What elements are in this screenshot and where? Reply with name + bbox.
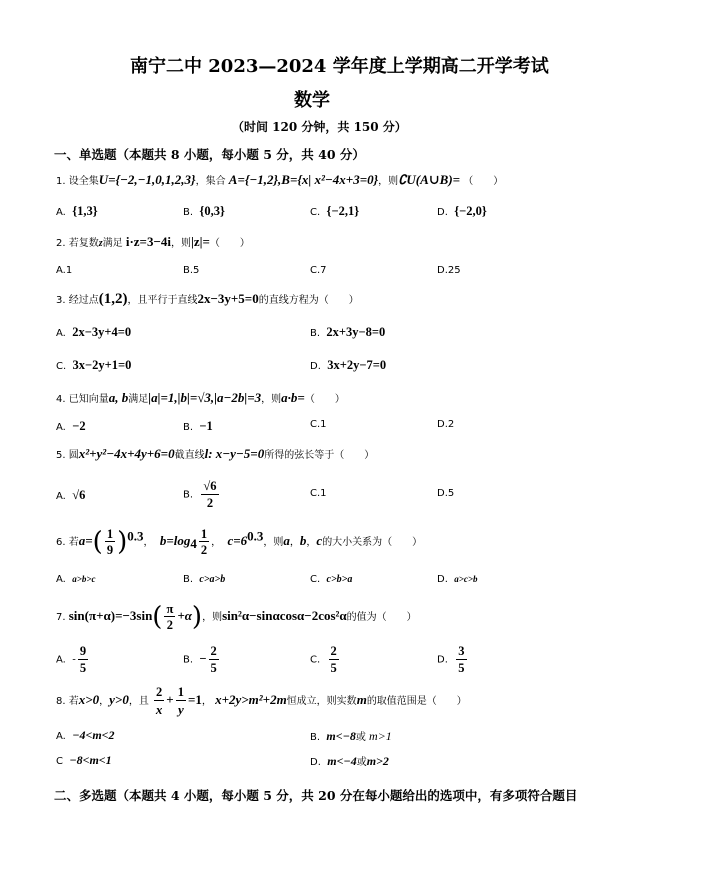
q8-option-d: D. m<−4或m>2 <box>310 753 389 769</box>
question-number: 1. <box>56 176 66 187</box>
q5-option-c: C.1 <box>310 488 327 499</box>
q6-option-a: A. a>b>c <box>56 574 95 585</box>
q3-option-c: C. 3x−2y+1=0 <box>56 358 131 373</box>
question-6: 6. 若a=(19)0.3， b=log412， c=60.3，则a，b，c的大… <box>56 527 422 557</box>
q3-option-a: A. 2x−3y+4=0 <box>56 325 131 340</box>
q3-option-b: B. 2x+3y−8=0 <box>310 325 385 340</box>
q8-option-b: B. m<−8或 m>1 <box>310 728 392 744</box>
q1-option-a: A. {1,3} <box>56 204 98 219</box>
question-7: 7. sin(π+α)=−3sin(π2+α)，则sin²α−sinαcosα−… <box>56 602 417 632</box>
q1-option-c: C. {−2,1} <box>310 204 359 219</box>
q4-option-c: C.1 <box>310 419 327 430</box>
q8-option-c: C −8<m<1 <box>56 753 112 768</box>
exam-subject: 数学 <box>294 86 330 112</box>
q1-option-b: B. {0,3} <box>183 204 225 219</box>
q4-option-a: A. −2 <box>56 419 86 434</box>
section-heading-multiple-choice: 二、多选题（本题共 4 小题，每小题 5 分，共 20 分在每小题给出的选项中，… <box>54 786 577 804</box>
exam-time-note: （时间 120 分钟，共 150 分） <box>232 118 407 135</box>
question-3: 3. 经过点(1,2)，且平行于直线2x−3y+5=0的直线方程为（ ） <box>56 291 359 308</box>
q1-option-d: D. {−2,0} <box>437 204 487 219</box>
q2-option-d: D.25 <box>437 265 461 276</box>
section-heading-single-choice: 一、单选题（本题共 8 小题，每小题 5 分，共 40 分） <box>54 145 365 163</box>
question-4: 4. 已知向量a, b满足|a|=1,|b|=√3,|a−2b|=3，则a·b=… <box>56 390 345 406</box>
q2-option-b: B.5 <box>183 265 199 276</box>
q7-option-b: B. −25 <box>183 645 221 674</box>
q7-option-a: A. -95 <box>56 645 90 674</box>
question-2: 2. 若复数z满足 i·z=3−4i，则|z|=（ ） <box>56 234 250 250</box>
q8-option-a: A. −4<m<2 <box>56 728 114 743</box>
q6-option-b: B. c>a>b <box>183 574 225 585</box>
question-8: 8. 若x>0，y>0，且 2x+1y=1， x+2y>m²+2m恒成立，则实数… <box>56 686 467 716</box>
q5-option-d: D.5 <box>437 488 454 499</box>
q3-option-d: D. 3x+2y−7=0 <box>310 358 386 373</box>
question-1: 1. 设全集U={−2,−1,0,1,2,3}，集合 A={−1,2},B={x… <box>56 172 503 188</box>
q4-option-b: B. −1 <box>183 419 213 434</box>
exam-title: 南宁二中 2023—2024 学年度上学期高二开学考试 <box>130 52 549 78</box>
question-5: 5. 圆x²+y²−4x+4y+6=0截直线l: x−y−5=0所得的弦长等于（… <box>56 446 374 462</box>
q7-option-c: C. 25 <box>310 645 341 674</box>
q5-option-a: A. √6 <box>56 488 85 503</box>
q6-option-c: C. c>b>a <box>310 574 352 585</box>
q4-option-d: D.2 <box>437 419 454 430</box>
q2-option-a: A.1 <box>56 265 72 276</box>
q6-option-d: D. a>c>b <box>437 574 478 585</box>
q2-option-c: C.7 <box>310 265 327 276</box>
q7-option-d: D. 35 <box>437 645 469 674</box>
q5-option-b: B. √62 <box>183 480 221 509</box>
